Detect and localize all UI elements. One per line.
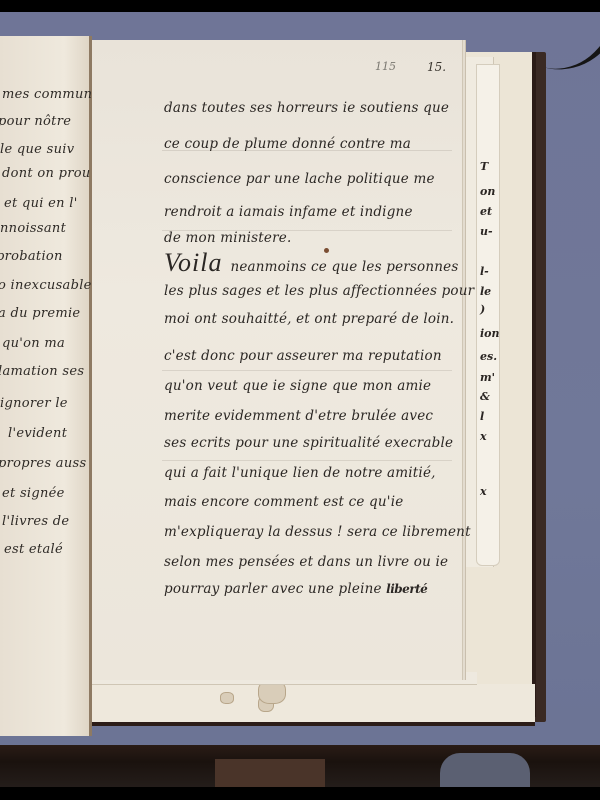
manuscript-photo: T on et u- l- le ) ion es. m' & l x x 11…: [0, 12, 600, 787]
folded-sheet-edge: T on et u- l- le ) ion es. m' & l x x: [476, 64, 500, 566]
left-fragment: a du premie: [0, 306, 80, 321]
manuscript-line: c'est donc pour asseurer ma reputation: [164, 348, 442, 364]
folio-number: 15.: [427, 60, 446, 74]
edge-fragment: et: [480, 205, 492, 218]
left-fragment: propres auss: [0, 456, 86, 471]
manuscript-line: qui a fait l'unique lien de notre amitié…: [164, 465, 436, 481]
table-edge: [0, 745, 600, 787]
manuscript-line: les plus sages et les plus affectionnées…: [164, 283, 474, 299]
edge-fragment: m': [480, 371, 495, 384]
decorated-initial-word: Voila: [164, 248, 222, 277]
gutter: [89, 36, 92, 736]
right-page: 115 15. dans toutes ses horreurs ie sout…: [92, 40, 462, 680]
edge-fragment: T: [480, 160, 488, 173]
damaged-board-bottom: [80, 684, 535, 726]
edge-fragment: l: [480, 410, 484, 423]
paper-damage: [220, 692, 234, 704]
line-text: neanmoins ce que les personnes: [230, 259, 458, 275]
edge-fragment: on: [480, 185, 495, 198]
left-fragment: et signée: [2, 486, 65, 501]
edge-fragment: &: [480, 390, 490, 403]
left-page: mes commun pour nôtre le que suiv dont o…: [0, 36, 92, 736]
line-text: pourray parler avec une pleine: [164, 581, 382, 597]
edge-fragment: u-: [480, 225, 493, 238]
left-fragment: qu'on ma: [2, 336, 65, 351]
edge-fragment: es.: [480, 350, 497, 363]
box-object: [215, 759, 325, 787]
manuscript-line: rendroit a iamais infame et indigne: [164, 204, 413, 220]
left-fragment: mes commun: [2, 87, 92, 102]
manuscript-line: ses ecrits pour une spiritualité execrab…: [164, 435, 453, 451]
left-fragment: pour nôtre: [0, 114, 71, 129]
old-folio-number: 115: [375, 60, 396, 73]
left-fragment: nnoissant: [0, 221, 66, 236]
left-fragment: lamation ses: [0, 364, 84, 379]
manuscript-line: merite evidemment d'etre brulée avec: [164, 408, 433, 424]
catchword: liberté: [386, 582, 427, 596]
edge-fragment: ): [480, 303, 485, 316]
left-fragment: o inexcusable: [0, 278, 92, 293]
edge-fragment: x: [480, 485, 487, 498]
manuscript-line: m'expliqueray la dessus ! sera ce librem…: [164, 524, 471, 540]
manuscript-line: de mon ministere.: [164, 230, 291, 246]
edge-fragment: x: [480, 430, 487, 443]
left-fragment: probation: [0, 249, 63, 264]
gray-object: [440, 753, 530, 787]
edge-fragment: l-: [480, 265, 489, 278]
show-through: [162, 460, 452, 461]
edge-fragment: ion: [480, 327, 500, 340]
left-fragment: est etalé: [4, 542, 63, 557]
left-fragment: le que suiv: [0, 142, 74, 157]
show-through: [162, 370, 452, 371]
manuscript-line: ce coup de plume donné contre ma: [164, 136, 411, 152]
manuscript-line-last: pourray parler avec une pleine liberté: [164, 581, 427, 597]
manuscript-line: moi ont souhaitté, et ont preparé de loi…: [164, 311, 454, 327]
left-fragment: l'livres de: [2, 514, 69, 529]
edge-fragment: le: [480, 285, 491, 298]
left-fragment: et qui en l': [4, 196, 78, 211]
manuscript-line: mais encore comment est ce qu'ie: [164, 494, 403, 510]
manuscript-line-initial: Voilaneanmoins ce que les personnes: [164, 248, 458, 278]
manuscript-line: qu'on veut que ie signe que mon amie: [164, 378, 431, 394]
left-fragment: l'evident: [8, 426, 67, 441]
manuscript-line: dans toutes ses horreurs ie soutiens que: [164, 100, 449, 116]
left-fragment: ignorer le: [0, 396, 68, 411]
manuscript-line: selon mes pensées et dans un livre ou ie: [164, 554, 448, 570]
left-fragment: dont on prou: [2, 166, 91, 181]
manuscript-line: conscience par une lache politique me: [164, 171, 435, 187]
